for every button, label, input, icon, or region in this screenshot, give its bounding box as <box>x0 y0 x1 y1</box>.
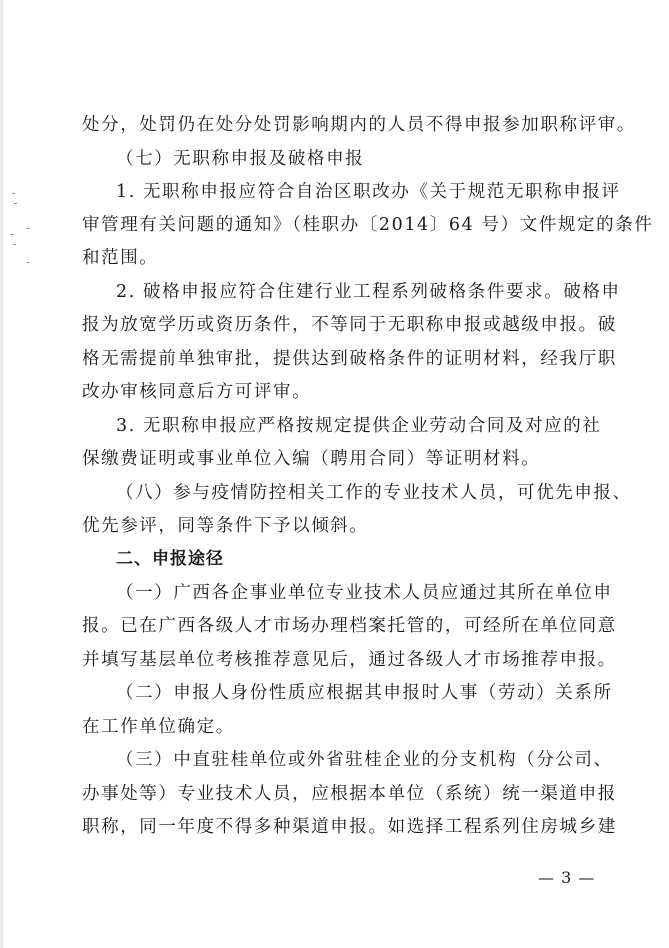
margin-mark <box>14 203 17 204</box>
paragraph-line: 报为放宽学历或资历条件，不等同于无职称申报或越级申报。破 <box>82 314 582 336</box>
paragraph-line: 改办审核同意后方可评审。 <box>82 381 582 403</box>
margin-mark <box>27 262 30 263</box>
paragraph-line: 1. 无职称申报应符合自治区职改办《关于规范无职称申报评 <box>116 181 582 203</box>
margin-mark <box>12 193 15 194</box>
paragraph-line: 处分，处罚仍在处分处罚影响期内的人员不得申报参加职称评审。 <box>82 114 582 136</box>
paragraph-line: 2. 破格申报应符合住建行业工程系列破格条件要求。破格申 <box>116 281 582 303</box>
subsection-heading-8: （八）参与疫情防控相关工作的专业技术人员，可优先申报、 <box>116 482 582 504</box>
margin-mark <box>13 244 16 245</box>
paragraph-line: 并填写基层单位考核推荐意见后，通过各级人才市场推荐申报。 <box>82 649 582 671</box>
margin-mark <box>11 234 14 235</box>
paragraph-line: 审管理有关问题的通知》（桂职办〔2014〕64 号）文件规定的条件 <box>82 214 582 236</box>
scan-page-edge <box>0 0 3 948</box>
paragraph-line: 优先参评，同等条件下予以倾斜。 <box>82 515 582 537</box>
paragraph-line: 办事处等）专业技术人员，应根据本单位（系统）统一渠道申报 <box>82 783 582 805</box>
paragraph-line: 保缴费证明或事业单位入编（聘用合同）等证明材料。 <box>82 448 582 470</box>
paragraph-line: （二）申报人身份性质应根据其申报时人事（劳动）关系所 <box>116 682 582 704</box>
page-number: — 3 — <box>538 868 595 887</box>
subsection-heading-7: （七）无职称申报及破格申报 <box>116 148 616 170</box>
paragraph-line: 3. 无职称申报应严格按规定提供企业劳动合同及对应的社 <box>116 415 582 437</box>
paragraph-line: 和范围。 <box>82 247 582 269</box>
paragraph-line: 报。已在广西各级人才市场办理档案托管的，可经所在单位同意 <box>82 615 582 637</box>
paragraph-line: （一）广西各企事业单位专业技术人员应通过其所在单位申 <box>116 582 582 604</box>
section-heading: 二、申报途径 <box>116 548 616 570</box>
paragraph-line: 格无需提前单独审批，提供达到破格条件的证明材料，经我厅职 <box>82 348 582 370</box>
paragraph-line: 在工作单位确定。 <box>82 716 582 738</box>
margin-mark <box>27 228 30 229</box>
paragraph-line: 职称，同一年度不得多种渠道申报。如选择工程系列住房城乡建 <box>82 816 582 838</box>
paragraph-line: （三）中直驻桂单位或外省驻桂企业的分支机构（分公司、 <box>116 749 582 771</box>
